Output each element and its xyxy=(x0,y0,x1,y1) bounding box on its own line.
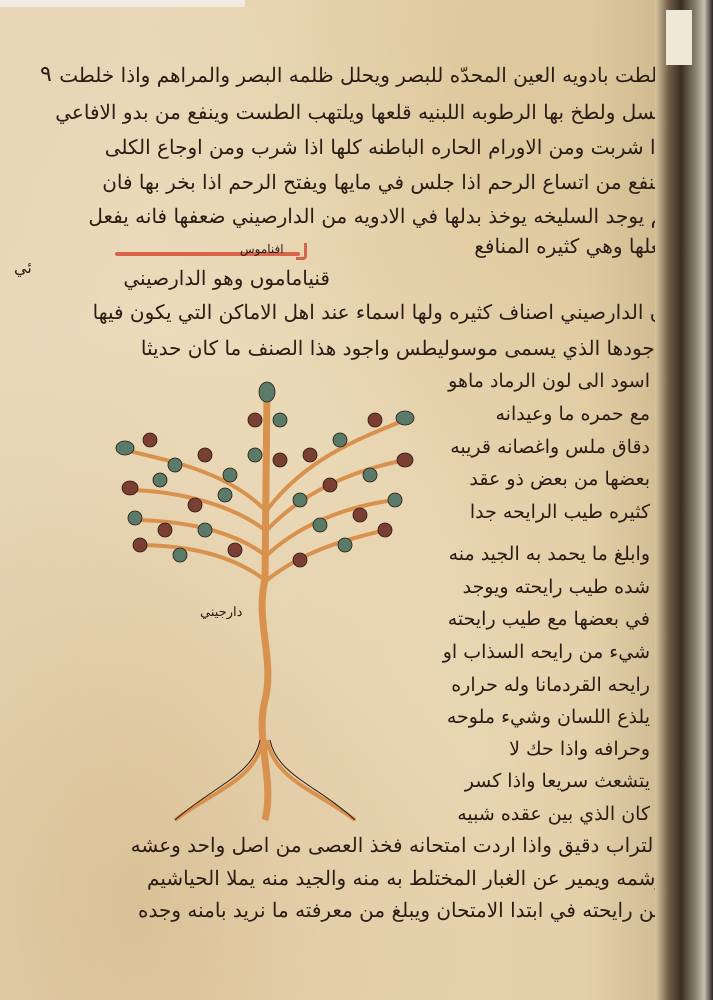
column-line: شيء من رايحه السذاب او xyxy=(410,643,650,662)
text-line: من رايحته في ابتدا الامتحان ويبلغ من معر… xyxy=(100,900,665,920)
column-line: شده طيب رايحته ويوجد xyxy=(410,578,650,597)
rubric-superscript: افناموس xyxy=(240,242,284,256)
text-line: خلطت بادويه العين المحدّه للبصر ويحلل ظل… xyxy=(90,65,670,85)
column-line: رايحه القردمانا وله حراره xyxy=(410,676,650,695)
margin-note-left: ئي xyxy=(14,258,32,277)
column-line: وحرافه واذا حك لا xyxy=(410,740,650,759)
text-line: وشمه ويمير عن الغبار المختلط به منه والج… xyxy=(100,868,665,888)
column-line: وابلغ ما يحمد به الجيد منه xyxy=(410,545,650,564)
text-line: لم يوجد السليخه يوخذ بدلها في الادويه من… xyxy=(90,206,670,226)
text-line: ان الدارصيني اصناف كثيره ولها اسماء عند … xyxy=(90,302,670,322)
column-line: يلذع اللسان وشيء ملوحه xyxy=(410,708,650,727)
cinnamon-tree-illustration xyxy=(105,380,425,830)
chapter-heading: قنياماموں وهو الدارصيني xyxy=(110,268,330,288)
column-line: كان الذي بين عقده شبيه xyxy=(410,805,650,824)
paper-strip xyxy=(0,0,245,7)
column-line: في بعضها مع طيب رايحته xyxy=(410,610,650,629)
manuscript-page: ٩ ئي ص خلطت بادويه العين المحدّه للبصر و… xyxy=(0,0,690,1000)
column-line: اسود الى لون الرماد ماهو xyxy=(410,372,650,391)
rubric-flourish xyxy=(296,243,307,260)
folio-number: ٩ xyxy=(40,62,52,87)
text-line: اذا شربت ومن الاورام الحاره الباطنه كلها… xyxy=(90,137,670,157)
column-line: دقاق ملس واغصانه قريبه xyxy=(410,438,650,457)
text-line: فعلها وهي كثيره المنافع xyxy=(380,236,670,256)
column-line: بعضها من بعض ذو عقد xyxy=(410,470,650,489)
text-line: بعسل ولطخ بها الرطوبه اللبنيه قلعها ويلت… xyxy=(90,102,670,122)
text-line: بالتراب دقيق واذا اردت امتحانه فخذ العصى… xyxy=(100,835,665,855)
text-line: واجودها الذي يسمى موسوليطس واجود هذا الص… xyxy=(90,338,670,358)
binding-gutter xyxy=(655,0,713,1000)
paper-tab xyxy=(666,10,692,65)
text-line: وينفع من اتساع الرحم اذا جلس في مايها وي… xyxy=(90,172,670,192)
column-line: مع حمره ما وعيدانه xyxy=(410,405,650,424)
column-line: كثيره طيب الرايحه جدا xyxy=(410,503,650,522)
column-line: يتشعث سريعا واذا كسر xyxy=(410,772,650,791)
